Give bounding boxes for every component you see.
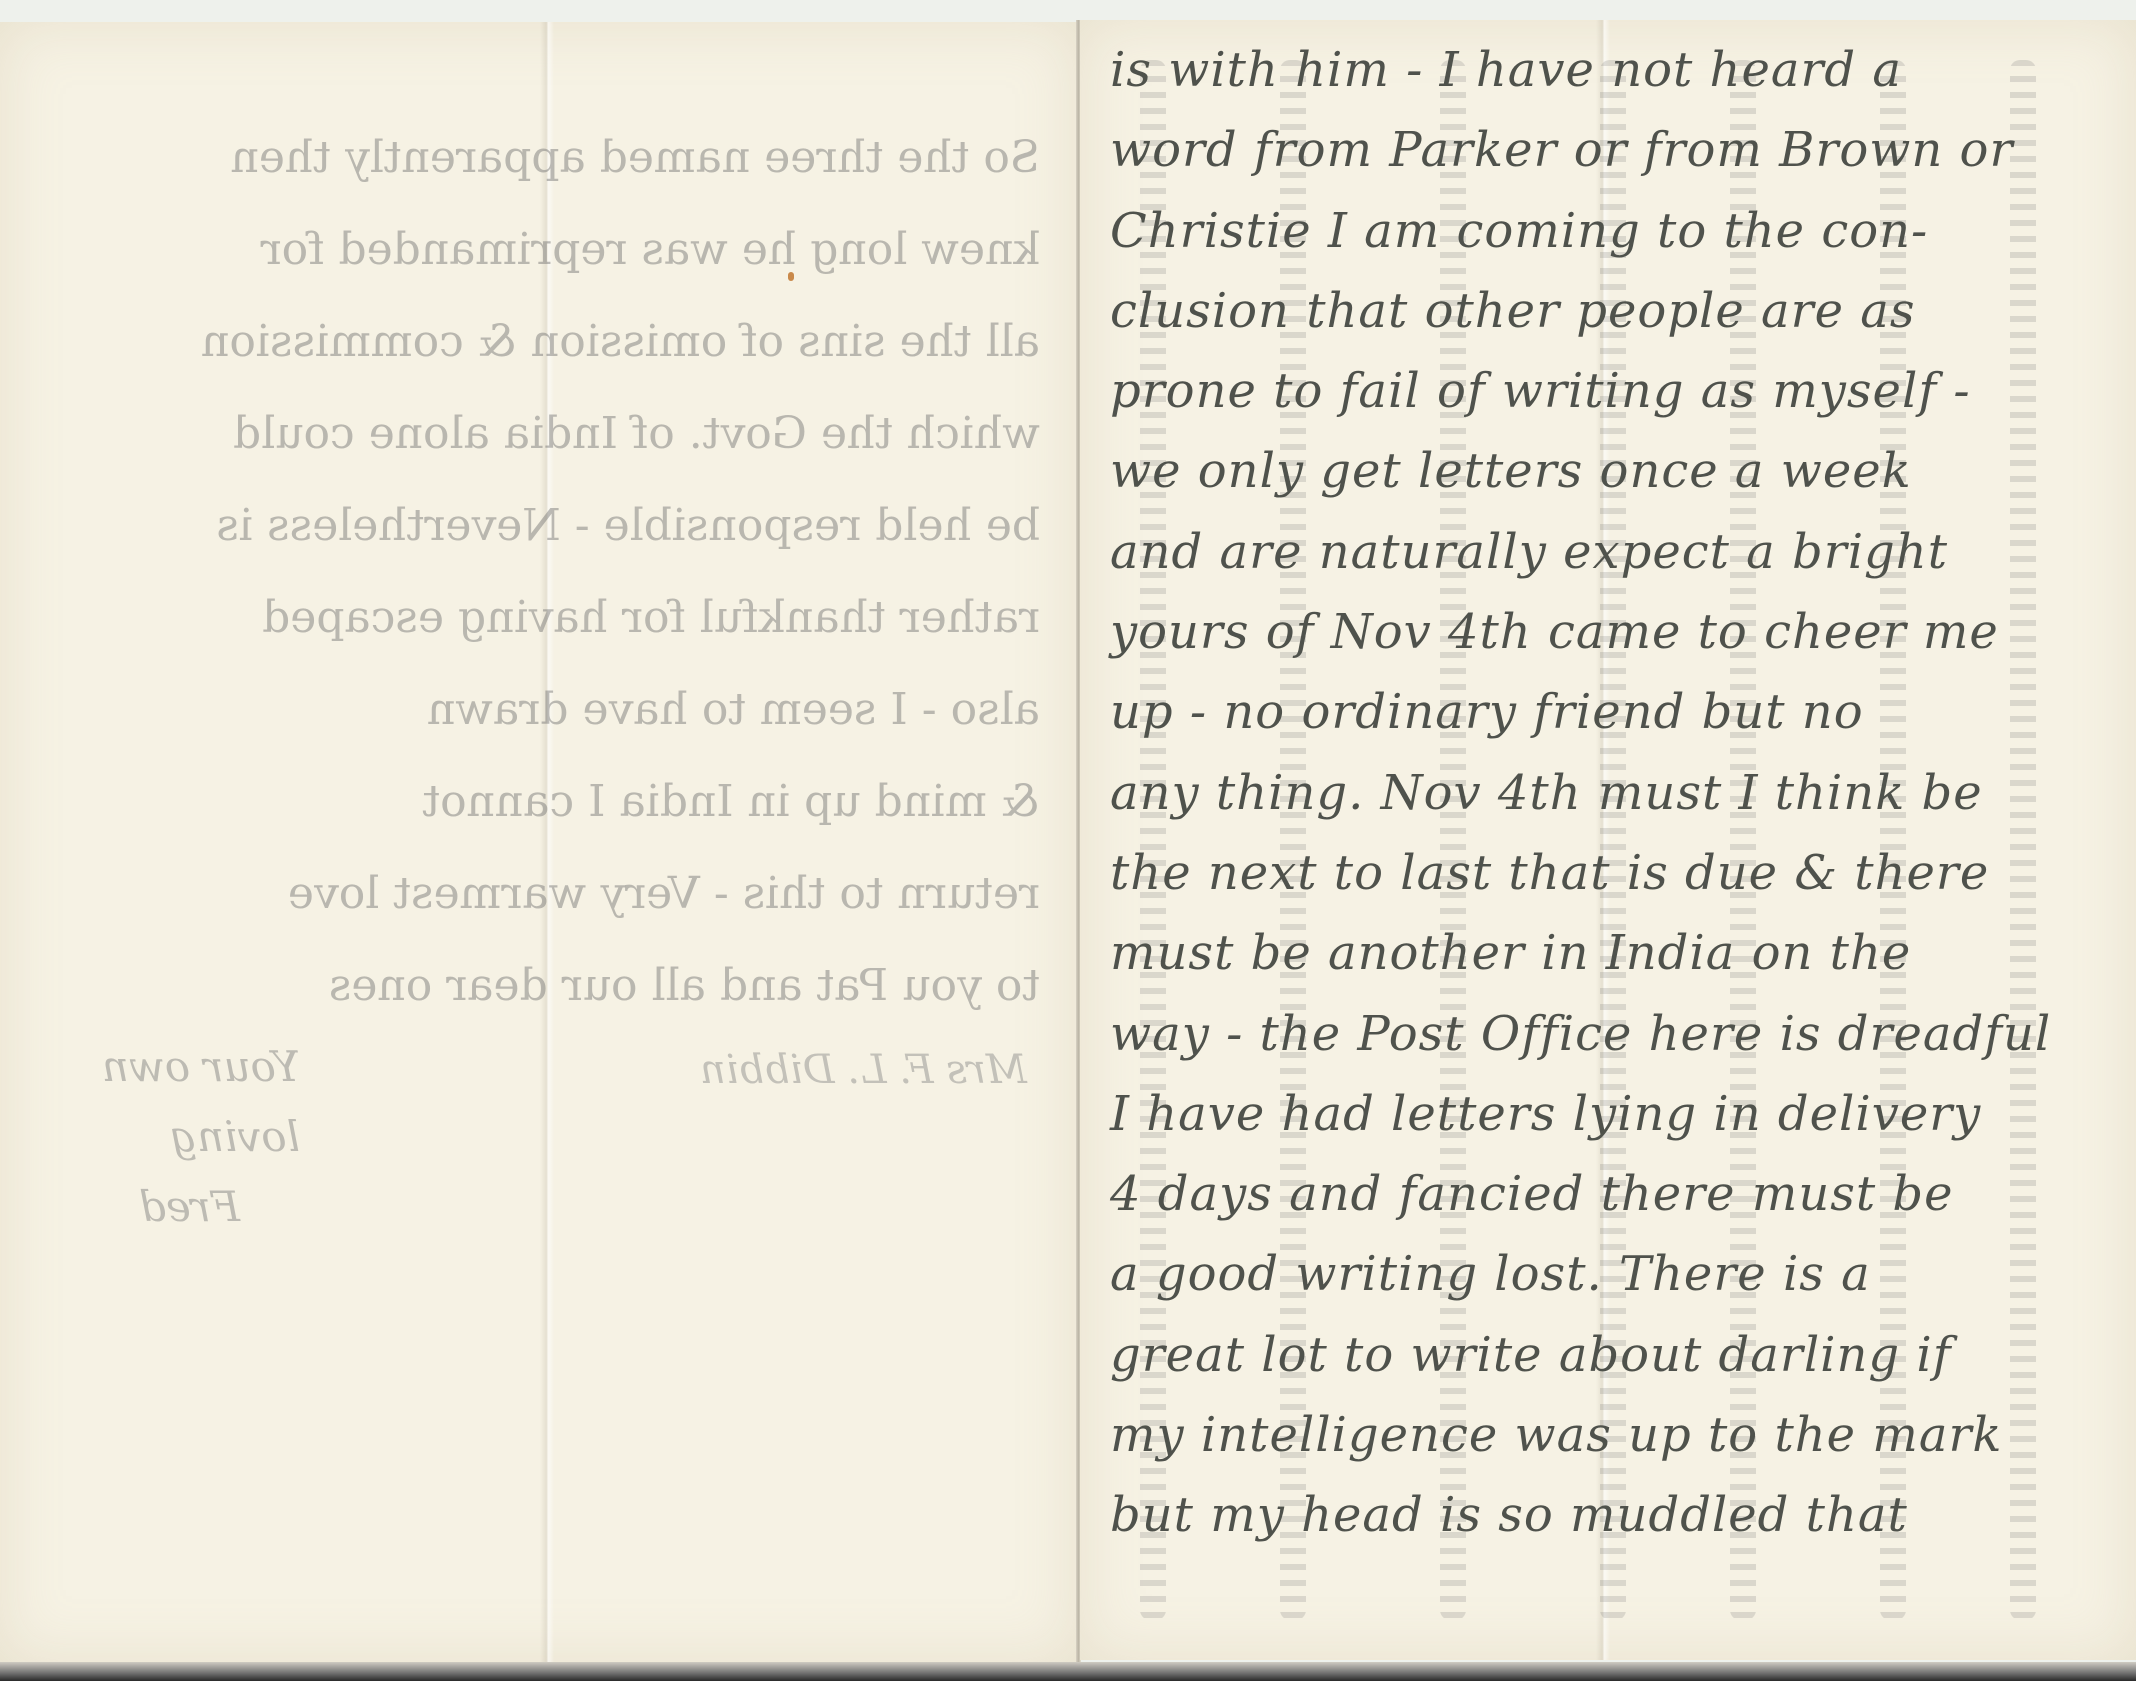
- left-line: So the three named apparently then: [40, 112, 1040, 204]
- right-line: we only get letters once a week: [1110, 431, 2130, 511]
- right-line: Christie I am coming to the con-: [1110, 191, 2130, 271]
- left-line: be held responsible - Nevertheless is: [40, 480, 1040, 572]
- left-page-bleed-through-text: So the three named apparently then knew …: [40, 112, 1040, 1032]
- right-line: way - the Post Office here is dreadful: [1110, 994, 2130, 1074]
- right-line: word from Parker or from Brown or: [1110, 110, 2130, 190]
- right-line: the next to last that is due & there: [1110, 833, 2130, 913]
- ink-stain: [788, 272, 794, 281]
- right-line: must be another in India on the: [1110, 913, 2130, 993]
- right-line: any thing. Nov 4th must I think be: [1110, 753, 2130, 833]
- left-line: rather thankful for having escaped: [40, 572, 1040, 664]
- right-line: great lot to write about darling if: [1110, 1315, 2130, 1395]
- right-line: clusion that other people are as: [1110, 271, 2130, 351]
- left-line: return to this - Very warmest love: [40, 848, 1040, 940]
- signature: Fred: [40, 1172, 300, 1242]
- right-line: prone to fail of writing as myself -: [1110, 351, 2130, 431]
- left-line: & mind up in India I cannot: [40, 756, 1040, 848]
- left-line: to you Pat and all our dear ones: [40, 940, 1040, 1032]
- address-name: Mrs F. L. Dibbin: [700, 1047, 1027, 1093]
- left-line: knew long he was reprimanded for: [40, 204, 1040, 296]
- left-line: also - I seem to have drawn: [40, 664, 1040, 756]
- right-line: yours of Nov 4th came to cheer me: [1110, 592, 2130, 672]
- right-line: but my head is so muddled that: [1110, 1475, 2130, 1555]
- right-line: up - no ordinary friend but no: [1110, 672, 2130, 752]
- right-line: and are naturally expect a bright: [1110, 512, 2130, 592]
- closing-line: Your own loving: [40, 1032, 300, 1172]
- left-line: which the Govt. of India alone could: [40, 388, 1040, 480]
- right-line: is with him - I have not heard a: [1110, 30, 2130, 110]
- right-line: a good writing lost. There is a: [1110, 1234, 2130, 1314]
- right-page-text: is with him - I have not heard a word fr…: [1110, 30, 2130, 1556]
- right-line: I have had letters lying in delivery: [1110, 1074, 2130, 1154]
- left-line: all the sins of omission & commission: [40, 296, 1040, 388]
- letter-closing: Your own loving Fred: [40, 1032, 300, 1242]
- right-line: my intelligence was up to the mark: [1110, 1395, 2130, 1475]
- right-line: 4 days and fancied there must be: [1110, 1154, 2130, 1234]
- left-page: So the three named apparently then knew …: [0, 22, 1078, 1662]
- scan-edge-shadow: [0, 1662, 2136, 1681]
